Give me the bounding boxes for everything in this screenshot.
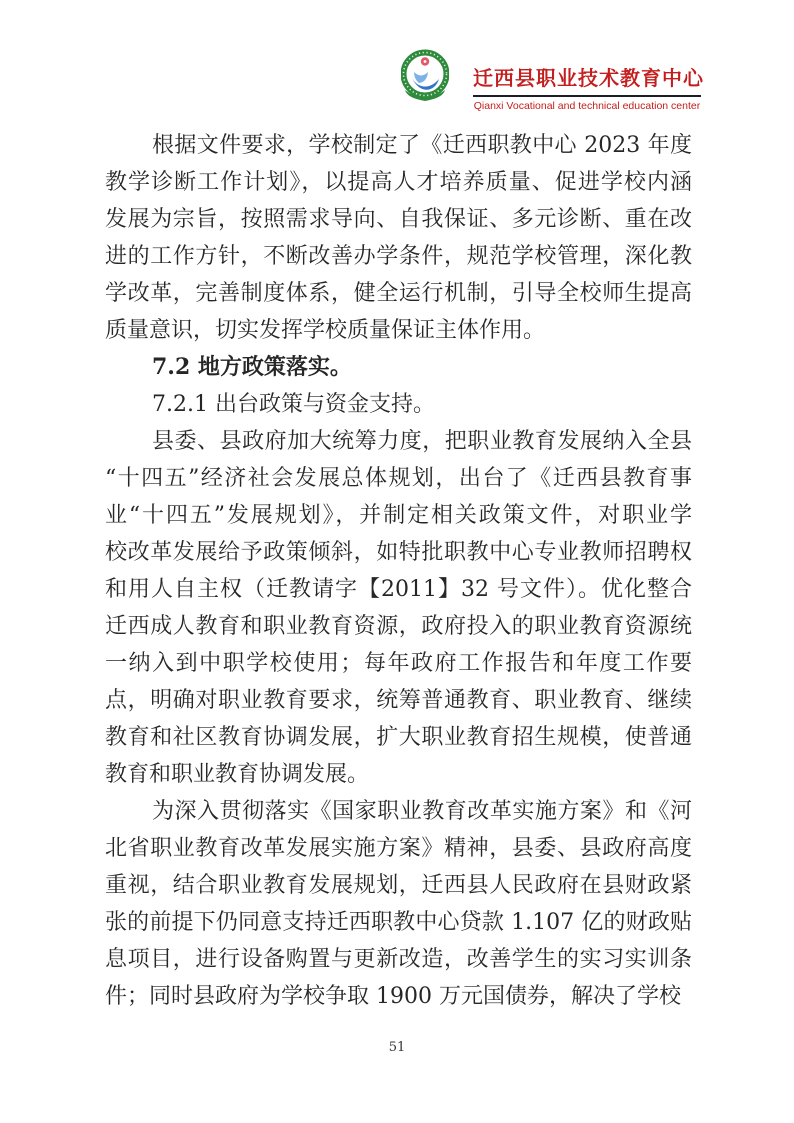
document-body: 根据文件要求，学校制定了《迁西职教中心 2023 年度教学诊断工作计划》，以提高… <box>105 127 692 1015</box>
paragraph-line: 张的前提下仍同意支持迁西职教中心贷款 1.107 亿的财政贴 <box>105 904 692 941</box>
school-logo-icon <box>401 48 449 108</box>
title-divider <box>473 95 701 97</box>
paragraph-line: 质量意识，切实发挥学校质量保证主体作用。 <box>105 312 692 349</box>
paragraph-line: 发展为宗旨，按照需求导向、自我保证、多元诊断、重在改 <box>105 201 692 238</box>
page-number: 51 <box>0 1040 794 1055</box>
paragraph-line: 教学诊断工作计划》，以提高人才培养质量、促进学校内涵 <box>105 164 692 201</box>
document-page: 迁西县职业技术教育中心 Qianxi Vocational and techni… <box>0 0 794 1123</box>
paragraph-line: 和用人自主权（迁教请字【2011】32 号文件）。优化整合 <box>105 571 692 608</box>
paragraph-line: “十四五”经济社会发展总体规划，出台了《迁西县教育事 <box>105 460 692 497</box>
paragraph-line: 县委、县政府加大统筹力度，把职业教育发展纳入全县 <box>105 423 692 460</box>
paragraph-line: 进的工作方针，不断改善办学条件，规范学校管理，深化教 <box>105 238 692 275</box>
paragraph-line: 点，明确对职业教育要求，统筹普通教育、职业教育、继续 <box>105 682 692 719</box>
paragraph-line: 重视，结合职业教育发展规划，迁西县人民政府在县财政紧 <box>105 867 692 904</box>
header-text-block: 迁西县职业技术教育中心 Qianxi Vocational and techni… <box>473 48 701 112</box>
paragraph-line: 一纳入到中职学校使用；每年政府工作报告和年度工作要 <box>105 645 692 682</box>
paragraph-line: 北省职业教育改革发展实施方案》精神，县委、县政府高度 <box>105 830 692 867</box>
section-heading: 7.2 地方政策落实。 <box>105 349 692 386</box>
paragraph-line: 息项目，进行设备购置与更新改造，改善学生的实习实训条 <box>105 941 692 978</box>
paragraph-line: 件；同时县政府为学校争取 1900 万元国债券，解决了学校 <box>105 978 692 1015</box>
section-heading: 7.2.1 出台政策与资金支持。 <box>105 386 692 423</box>
paragraph-line: 根据文件要求，学校制定了《迁西职教中心 2023 年度 <box>105 127 692 164</box>
paragraph-line: 校改革发展给予政策倾斜，如特批职教中心专业教师招聘权 <box>105 534 692 571</box>
paragraph-line: 教育和社区教育协调发展，扩大职业教育招生规模，使普通 <box>105 719 692 756</box>
paragraph-line: 业“十四五”发展规划》，并制定相关政策文件，对职业学 <box>105 497 692 534</box>
paragraph-line: 教育和职业教育协调发展。 <box>105 756 692 793</box>
paragraph-line: 学改革，完善制度体系，健全运行机制，引导全校师生提高 <box>105 275 692 312</box>
paragraph-line: 为深入贯彻落实《国家职业教育改革实施方案》和《河 <box>105 793 692 830</box>
page-header: 迁西县职业技术教育中心 Qianxi Vocational and techni… <box>401 48 701 112</box>
school-name-zh: 迁西县职业技术教育中心 <box>473 62 701 91</box>
school-name-en: Qianxi Vocational and technical educatio… <box>473 100 701 112</box>
paragraph-line: 迁西成人教育和职业教育资源，政府投入的职业教育资源统 <box>105 608 692 645</box>
